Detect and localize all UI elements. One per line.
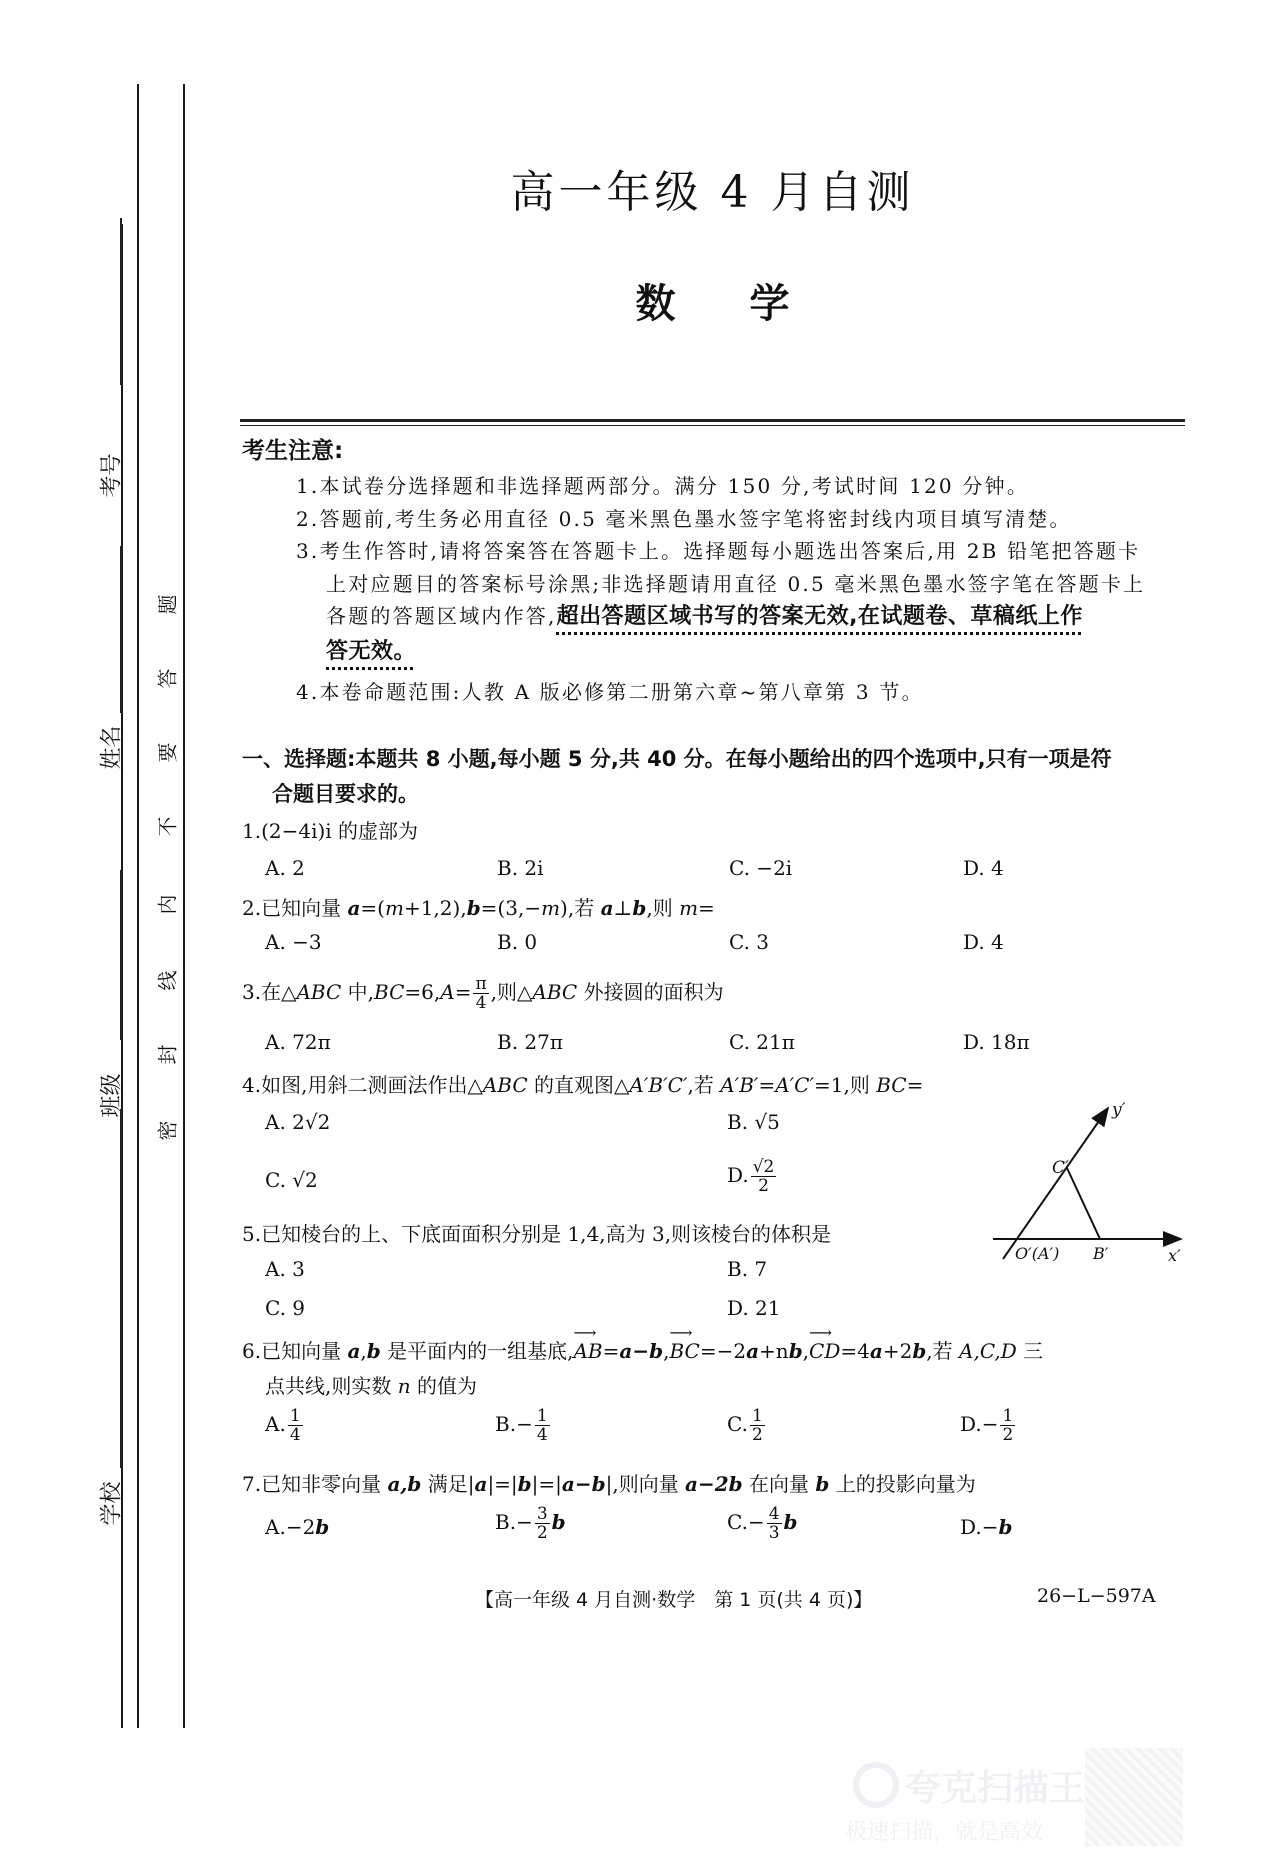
q7-option-b[interactable]: B.−32b: [495, 1505, 566, 1542]
figure-label-b: B′: [1093, 1244, 1108, 1263]
stem-text: 的值为: [411, 1374, 477, 1398]
notice-emphasis-2: 答无效。: [326, 639, 416, 664]
fraction-numerator: √2: [751, 1158, 777, 1177]
q4-option-b[interactable]: B. √5: [727, 1110, 780, 1134]
stem-text: =: [698, 896, 715, 920]
question-number: 5.: [242, 1222, 261, 1246]
vectors-ab: a,b: [387, 1472, 421, 1496]
fraction-denominator: 4: [473, 994, 488, 1012]
option-label: D.: [960, 1515, 982, 1539]
question-stem: 已知棱台的上、下底面面积分别是 1,4,高为 3,则该棱台的体积是: [261, 1222, 831, 1246]
notice-item-3-line2: 上对应题目的答案标号涂黑;非选择题请用直径 0.5 毫米黑色墨水签字笔在答题卡上: [326, 568, 1145, 597]
stem-text: 满足|: [421, 1472, 474, 1496]
header-rule-thin: [240, 425, 1185, 426]
q6-option-c[interactable]: C.12: [727, 1407, 767, 1444]
notice-heading: 考生注意:: [242, 432, 343, 465]
option-label: B.: [495, 1412, 516, 1436]
vector-b: b: [632, 896, 646, 920]
stem-text: 点共线,则实数: [265, 1374, 398, 1398]
vector-b: b: [367, 1339, 381, 1363]
option-label: A.: [265, 1515, 286, 1539]
q3-option-b[interactable]: B. 27π: [497, 1030, 563, 1054]
header-rule-thick: [240, 419, 1185, 422]
option-sign: −: [982, 1515, 999, 1539]
fraction: 14: [288, 1407, 303, 1444]
angle-a: A: [440, 980, 454, 1004]
field-label-school: 学校: [95, 1481, 126, 1525]
fraction-denominator: 2: [750, 1426, 765, 1444]
section-heading: 一、选择题:本题共 8 小题,每小题 5 分,共 40 分。在每小题给出的四个选…: [242, 743, 1112, 773]
stem-text: 上的投影向量为: [829, 1472, 975, 1496]
question-stem: (2−4i)i 的虚部为: [261, 819, 418, 843]
question-6: 6.已知向量 a,b 是平面内的一组基底,AB=a−b,BC=−2a+nb,CD…: [242, 1335, 1043, 1364]
vector-expr: a−2b: [685, 1472, 743, 1496]
vector-b: b: [552, 1510, 566, 1534]
triangle-abc-prime: A′B′C′: [629, 1073, 687, 1097]
figure-label-x: x′: [1168, 1246, 1181, 1265]
points-acd: A,C,D: [959, 1339, 1017, 1363]
vector-expr: a−b: [619, 1339, 663, 1363]
fraction-numerator: 3: [535, 1505, 550, 1524]
field-label-name: 姓名: [95, 725, 126, 769]
option-sign: −: [516, 1510, 533, 1534]
seal-char: 封: [152, 1042, 181, 1068]
q3-option-c[interactable]: C. 21π: [729, 1030, 795, 1054]
q6-option-a[interactable]: A.14: [265, 1407, 305, 1444]
seal-char: 题: [152, 592, 181, 618]
vector-b: b: [467, 896, 481, 920]
fraction-denominator: 2: [535, 1524, 550, 1542]
q1-option-c[interactable]: C. −2i: [729, 856, 792, 880]
fraction: π4: [473, 975, 488, 1012]
vector-a: a: [870, 1339, 883, 1363]
fraction: 32: [535, 1505, 550, 1542]
seal-char: 要: [152, 740, 181, 766]
seal-char: 线: [152, 968, 181, 994]
stem-text: 中,: [341, 980, 374, 1004]
option-sign: −: [982, 1412, 999, 1436]
option-label: A.: [265, 1412, 286, 1436]
stem-text: =: [603, 1339, 620, 1363]
fraction: 14: [535, 1407, 550, 1444]
fraction-denominator: 2: [751, 1177, 777, 1195]
qr-code-icon: [1085, 1748, 1183, 1846]
equal-sides: A′B′=A′C′: [720, 1073, 814, 1097]
question-1: 1.(2−4i)i 的虚部为: [242, 815, 418, 844]
option-label: D.: [960, 1412, 982, 1436]
question-number: 4.: [242, 1073, 261, 1097]
binding-line-inner: [183, 84, 185, 1728]
stem-text: =1,则: [814, 1073, 876, 1097]
stem-text: 在△: [261, 980, 296, 1004]
var-m: m: [541, 896, 560, 920]
question-number: 6.: [242, 1339, 261, 1363]
vector-b: b: [315, 1515, 329, 1539]
vector-a: a: [601, 896, 614, 920]
vector-a: a: [474, 1472, 487, 1496]
question-number: 7.: [242, 1472, 261, 1496]
q2-option-b[interactable]: B. 0: [497, 930, 537, 954]
stem-text: 已知非零向量: [261, 1472, 387, 1496]
stem-text: 已知向量: [261, 896, 347, 920]
field-underline-name: [120, 546, 122, 713]
stem-text: ,若: [926, 1339, 959, 1363]
q1-option-b[interactable]: B. 2i: [497, 856, 544, 880]
stem-text: +1,2),: [404, 896, 467, 920]
stem-text: =(: [360, 896, 385, 920]
q3-option-d[interactable]: D. 18π: [963, 1030, 1030, 1054]
vector-b: b: [518, 1472, 532, 1496]
question-3: 3.在△ABC 中,BC=6,A=π4,则△ABC 外接圆的面积为: [242, 975, 724, 1012]
notice-item-3-line3-text: 各题的答题区域内作答,: [326, 604, 557, 628]
field-label-exam-no: 考号: [95, 453, 126, 497]
question-6-cont: 点共线,则实数 n 的值为: [265, 1370, 477, 1399]
notice-item-3-line4: 答无效。: [326, 634, 416, 665]
stem-text: |,则向量: [606, 1472, 685, 1496]
notice-item-3-line3: 各题的答题区域内作答,超出答题区域书写的答案无效,在试题卷、草稿纸上作: [326, 599, 1083, 630]
fraction-denominator: 2: [1000, 1426, 1015, 1444]
stem-text: ),若: [560, 896, 601, 920]
scanner-logo-icon: [853, 1762, 899, 1808]
stem-text: 外接圆的面积为: [577, 980, 723, 1004]
stem-text: +2: [883, 1339, 912, 1363]
q5-option-b[interactable]: B. 7: [727, 1257, 767, 1281]
q4-option-c[interactable]: C. √2: [265, 1168, 318, 1192]
fraction-denominator: 4: [535, 1426, 550, 1444]
question-7: 7.已知非零向量 a,b 满足|a|=|b|=|a−b|,则向量 a−2b 在向…: [242, 1468, 976, 1497]
fraction-numerator: 4: [767, 1505, 782, 1524]
q7-option-a[interactable]: A.−2b: [265, 1515, 329, 1539]
option-label: C.: [727, 1510, 748, 1534]
stem-text: 的直观图△: [528, 1073, 630, 1097]
q4-option-a[interactable]: A. 2√2: [265, 1110, 330, 1134]
vector-cd: CD: [809, 1339, 840, 1363]
triangle-abc: ABC: [483, 1073, 528, 1097]
side-bc: BC: [374, 980, 404, 1004]
stem-text: 三: [1017, 1339, 1043, 1363]
stem-text: ,则: [646, 896, 679, 920]
fraction-numerator: π: [473, 975, 488, 994]
option-sign: −: [748, 1510, 765, 1534]
var-n: n: [398, 1374, 411, 1398]
q7-option-d[interactable]: D.−b: [960, 1515, 1012, 1539]
fraction: 12: [750, 1407, 765, 1444]
stem-text: 是平面内的一组基底,: [381, 1339, 574, 1363]
question-number: 2.: [242, 896, 261, 920]
question-5: 5.已知棱台的上、下底面面积分别是 1,4,高为 3,则该棱台的体积是: [242, 1218, 831, 1247]
stem-text: 如图,用斜二测画法作出△: [261, 1073, 483, 1097]
fraction-numerator: 1: [1000, 1407, 1015, 1426]
paper-code: 26−L−597A: [1037, 1585, 1156, 1607]
figure-label-origin: O′(A′): [1015, 1244, 1059, 1263]
fraction-numerator: 1: [288, 1407, 303, 1426]
notice-emphasis-1: 超出答题区域书写的答案无效,在试题卷、草稿纸上作: [557, 604, 1083, 629]
option-label: B.: [495, 1510, 516, 1534]
notice-item-1: 1.本试卷分选择题和非选择题两部分。满分 150 分,考试时间 120 分钟。: [296, 470, 1029, 499]
fraction: √22: [751, 1158, 777, 1195]
stem-text: =(3,−: [481, 896, 541, 920]
vector-a: a: [347, 1339, 360, 1363]
stem-text: |=|: [532, 1472, 562, 1496]
vector-b: b: [912, 1339, 926, 1363]
option-sign: −: [516, 1412, 533, 1436]
q3-option-a[interactable]: A. 72π: [265, 1030, 331, 1054]
stem-text: 已知向量: [261, 1339, 347, 1363]
y-axis: [1003, 1108, 1108, 1259]
exam-title: 高一年级 4 月自测: [240, 156, 1185, 220]
q2-option-a[interactable]: A. −3: [265, 930, 322, 954]
fraction-numerator: 1: [535, 1407, 550, 1426]
question-number: 3.: [242, 980, 261, 1004]
stem-text: =: [455, 980, 472, 1004]
question-2: 2.已知向量 a=(m+1,2),b=(3,−m),若 a⊥b,则 m=: [242, 892, 715, 921]
seal-char: 不: [152, 814, 181, 840]
option-sign: −2: [286, 1515, 315, 1539]
stem-text: +n: [759, 1339, 789, 1363]
fraction: 43: [767, 1505, 782, 1542]
vector-b: b: [784, 1510, 798, 1534]
notice-item-3-line1: 3.考生作答时,请将答案答在答题卡上。选择题每小题选出答案后,用 2B 铅笔把答…: [296, 535, 1140, 564]
q6-option-d[interactable]: D.−12: [960, 1407, 1017, 1444]
binding-line-middle: [137, 84, 139, 1728]
stem-text: =4: [840, 1339, 869, 1363]
q1-option-d[interactable]: D. 4: [963, 856, 1004, 880]
notice-item-2: 2.答题前,考生务必用直径 0.5 毫米黑色墨水签字笔将密封线内项目填写清楚。: [296, 503, 1072, 532]
question-4: 4.如图,用斜二测画法作出△ABC 的直观图△A′B′C′,若 A′B′=A′C…: [242, 1069, 923, 1098]
vector-b: b: [998, 1515, 1012, 1539]
q5-option-d[interactable]: D. 21: [727, 1296, 781, 1320]
fraction-denominator: 4: [288, 1426, 303, 1444]
q1-option-a[interactable]: A. 2: [265, 856, 305, 880]
figure-label-c: C′: [1052, 1158, 1069, 1178]
q2-option-c[interactable]: C. 3: [729, 930, 769, 954]
question-number: 1.: [242, 819, 261, 843]
stem-text: |=|: [487, 1472, 517, 1496]
stem-text: ,若: [688, 1073, 721, 1097]
vector-b: b: [789, 1339, 803, 1363]
subject-title: 数 学: [240, 272, 1185, 329]
field-underline-school: [120, 1109, 122, 1468]
q4-option-d[interactable]: D.√22: [727, 1158, 778, 1195]
var-m: m: [679, 896, 698, 920]
seal-char: 内: [152, 892, 181, 918]
fraction-denominator: 3: [767, 1524, 782, 1542]
triangle-abc: ABC: [532, 980, 577, 1004]
stem-text: =6,: [404, 980, 440, 1004]
vector-a: a: [746, 1339, 759, 1363]
side-bc: BC: [876, 1073, 906, 1097]
option-label: C.: [727, 1412, 748, 1436]
vector-b: b: [815, 1472, 829, 1496]
field-underline-class: [120, 870, 122, 1040]
vector-ab: AB: [573, 1339, 602, 1363]
side-cb: [1067, 1168, 1100, 1239]
watermark-slogan: 极速扫描，就是高效: [845, 1815, 1043, 1846]
fraction-numerator: 1: [750, 1407, 765, 1426]
triangle-abc: ABC: [296, 980, 341, 1004]
var-m: m: [385, 896, 404, 920]
section-heading-cont: 合题目要求的。: [272, 778, 419, 808]
seal-char: 密: [152, 1118, 181, 1144]
figure-label-y: y′: [1112, 1100, 1125, 1120]
notice-item-4: 4.本卷命题范围:人教 A 版必修第二册第六章~第八章第 3 节。: [296, 676, 924, 705]
vector-bc: BC: [669, 1339, 699, 1363]
q2-option-d[interactable]: D. 4: [963, 930, 1004, 954]
perp-symbol: ⊥: [614, 896, 633, 920]
q7-option-c[interactable]: C.−43b: [727, 1505, 798, 1542]
option-label: D.: [727, 1163, 749, 1187]
fraction: 12: [1000, 1407, 1015, 1444]
watermark-brand: 夸克扫描王: [905, 1760, 1085, 1811]
vector-a: a: [347, 896, 360, 920]
stem-text: 在向量: [743, 1472, 816, 1496]
seal-char: 答: [152, 666, 181, 692]
stem-text: =: [907, 1073, 924, 1097]
stem-text: =−2: [700, 1339, 746, 1363]
field-underline-exam-no: [120, 218, 122, 385]
q5-option-c[interactable]: C. 9: [265, 1296, 305, 1320]
q5-option-a[interactable]: A. 3: [265, 1257, 305, 1281]
vector-expr: a−b: [562, 1472, 606, 1496]
page-footer: 【高一年级 4 月自测·数学 第 1 页(共 4 页)】: [475, 1585, 872, 1612]
stem-text: ,则△: [491, 980, 533, 1004]
q6-option-b[interactable]: B.−14: [495, 1407, 552, 1444]
field-label-class: 班级: [95, 1073, 126, 1117]
